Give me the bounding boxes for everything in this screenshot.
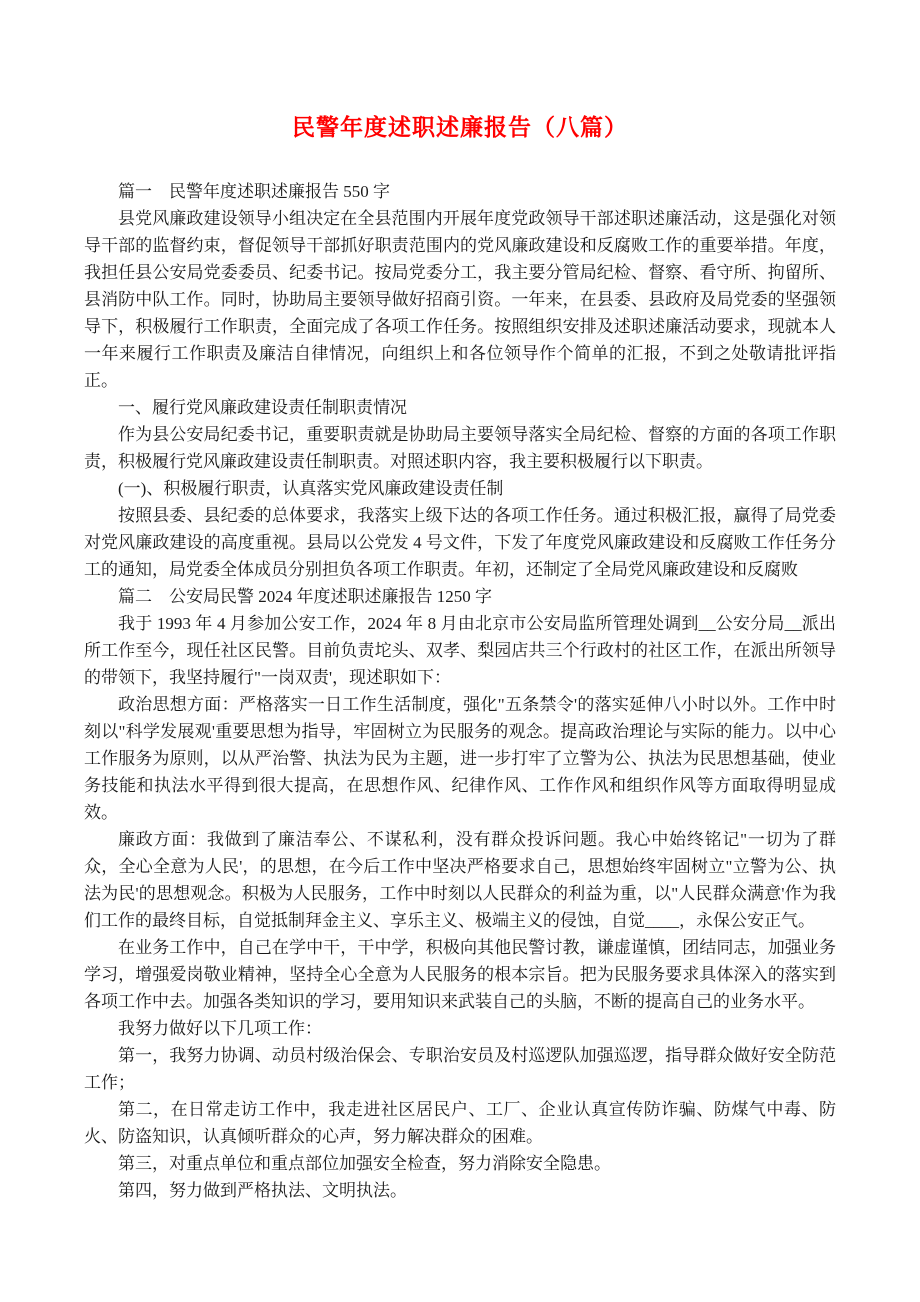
paragraph: 廉政方面：我做到了廉洁奉公、不谋私利，没有群众投诉问题。我心中始终铭记"一切为了… [84, 826, 836, 934]
paragraph: 一、履行党风廉政建设责任制职责情况 [84, 394, 836, 421]
paragraph: 按照县委、县纪委的总体要求，我落实上级下达的各项工作任务。通过积极汇报，赢得了局… [84, 502, 836, 583]
paragraph: 第四，努力做到严格执法、文明执法。 [84, 1177, 836, 1204]
document-page: 民警年度述职述廉报告（八篇） 篇一 民警年度述职述廉报告 550 字县党风廉政建… [0, 0, 920, 1302]
document-body: 篇一 民警年度述职述廉报告 550 字县党风廉政建设领导小组决定在全县范围内开展… [84, 178, 836, 1204]
paragraph: 我于 1993 年 4 月参加公安工作，2024 年 8 月由北京市公安局监所管… [84, 610, 836, 691]
paragraph: 我努力做好以下几项工作： [84, 1015, 836, 1042]
document-title: 民警年度述职述廉报告（八篇） [84, 112, 836, 144]
paragraph: 作为县公安局纪委书记，重要职责就是协助局主要领导落实全局纪检、督察的方面的各项工… [84, 421, 836, 475]
paragraph: 第二，在日常走访工作中，我走进社区居民户、工厂、企业认真宣传防诈骗、防煤气中毒、… [84, 1096, 836, 1150]
paragraph: 政治思想方面：严格落实一日工作生活制度，强化"五条禁令'的落实延伸八小时以外。工… [84, 691, 836, 826]
paragraph: 第三，对重点单位和重点部位加强安全检查，努力消除安全隐患。 [84, 1150, 836, 1177]
paragraph: (一)、积极履行职责，认真落实党风廉政建设责任制 [84, 475, 836, 502]
paragraph: 县党风廉政建设领导小组决定在全县范围内开展年度党政领导干部述职述廉活动，这是强化… [84, 205, 836, 394]
paragraph: 篇一 民警年度述职述廉报告 550 字 [84, 178, 836, 205]
paragraph: 在业务工作中，自己在学中干，干中学，积极向其他民警讨教，谦虚谨慎，团结同志，加强… [84, 934, 836, 1015]
paragraph: 篇二 公安局民警 2024 年度述职述廉报告 1250 字 [84, 583, 836, 610]
paragraph: 第一，我努力协调、动员村级治保会、专职治安员及村巡逻队加强巡逻，指导群众做好安全… [84, 1042, 836, 1096]
